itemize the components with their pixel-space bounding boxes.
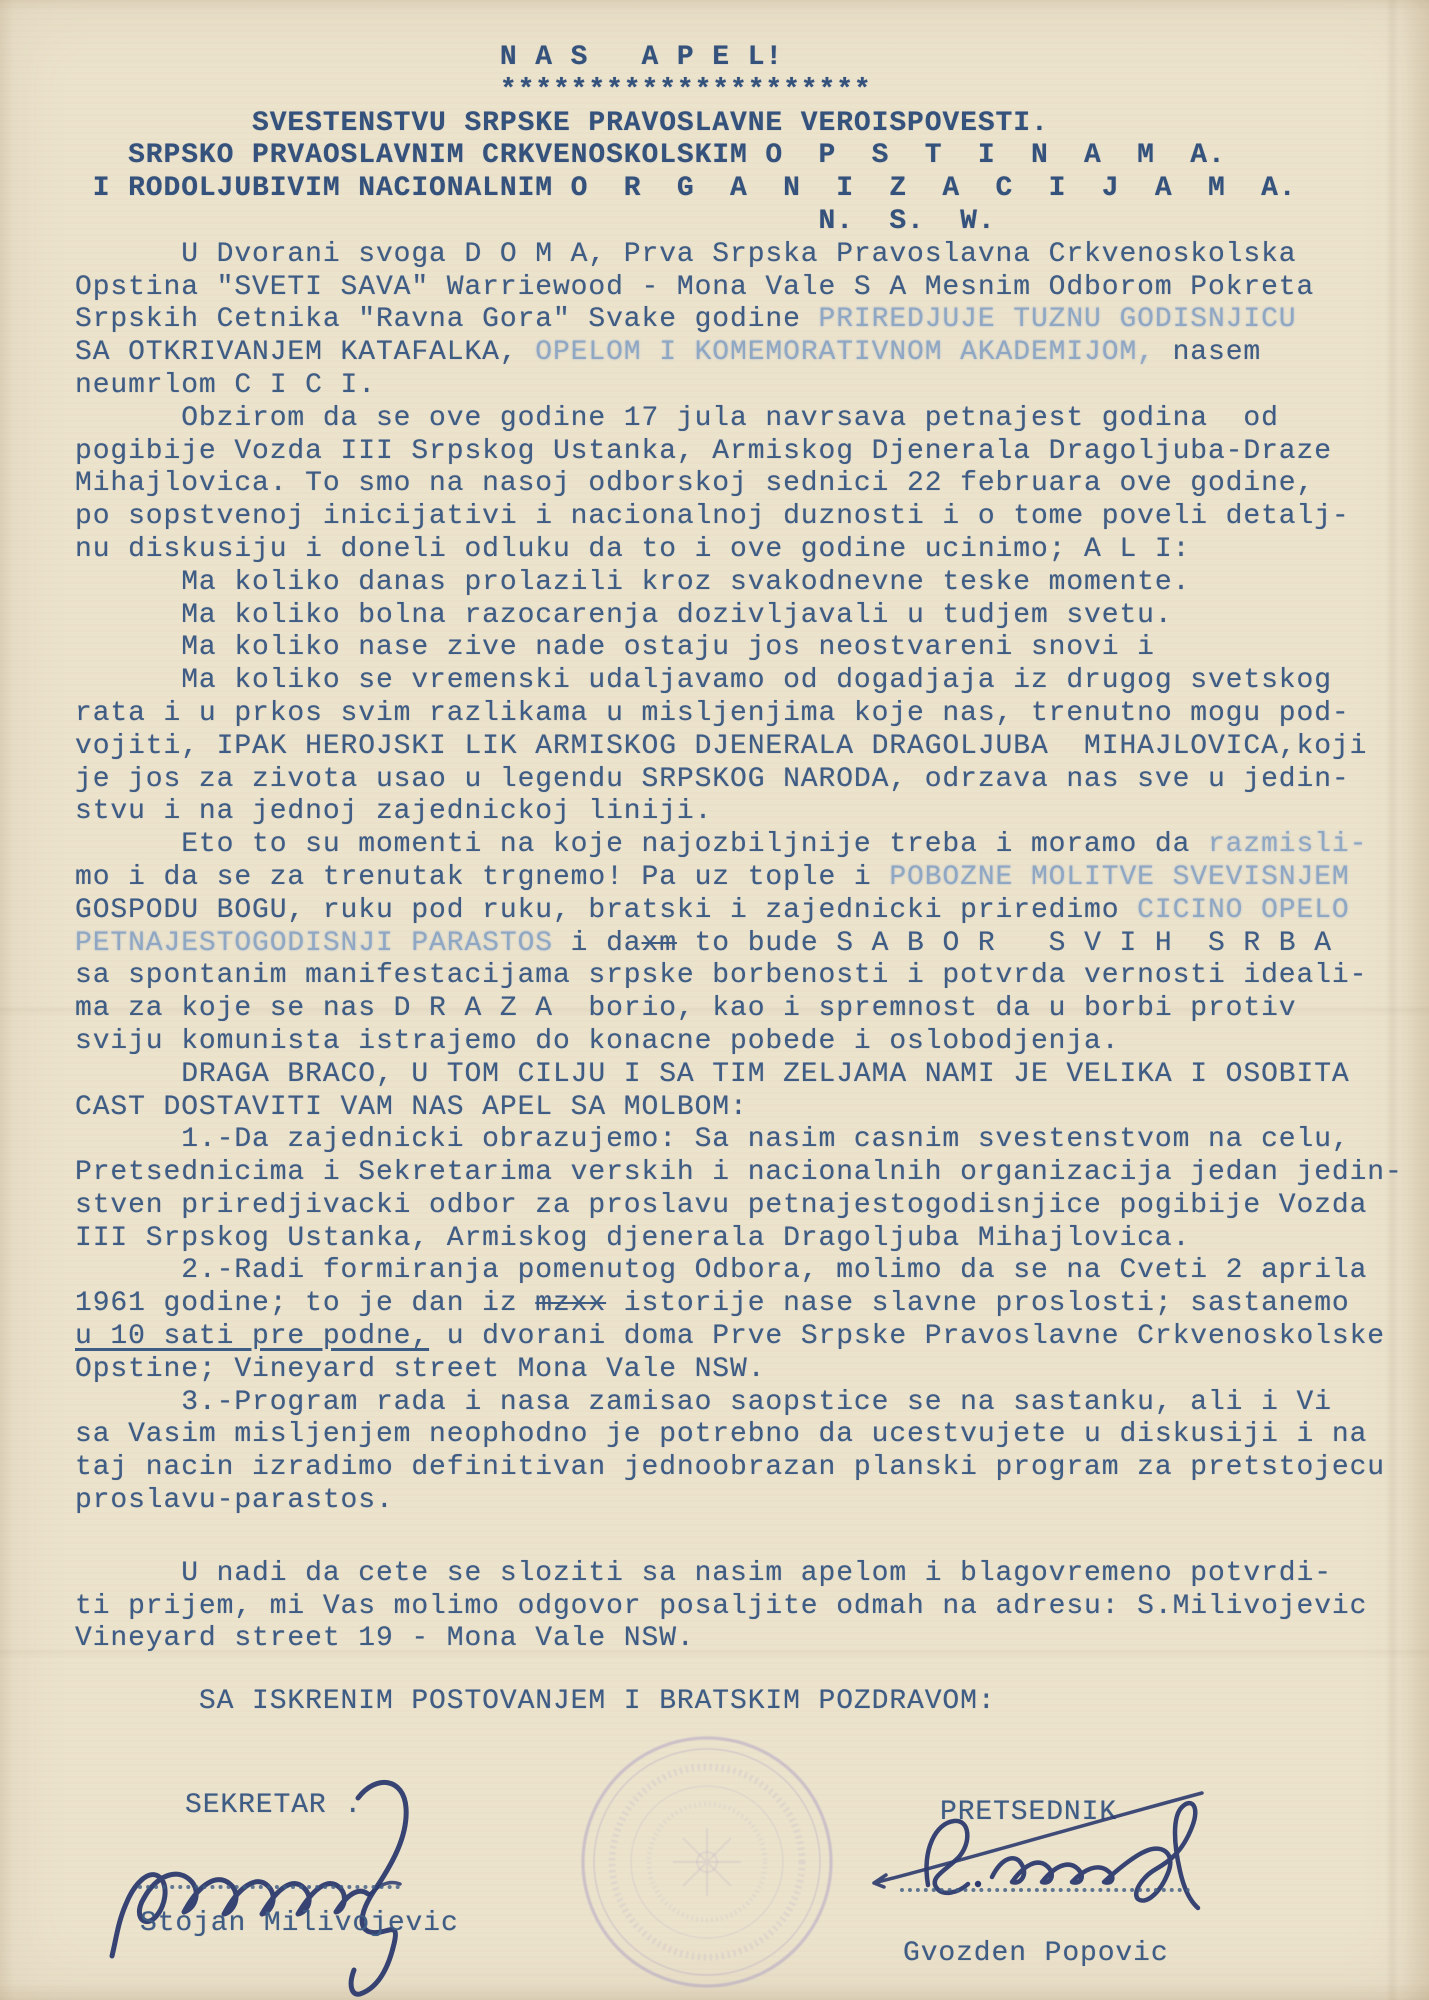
typed-line: Opstina "SVETI SAVA" Warriewood - Mona V…: [75, 272, 1429, 305]
typed-segment: PRIREDJUJE TUZNU GODISNJICU: [819, 304, 1297, 335]
typed-line: Ma koliko danas prolazili kroz svakodnev…: [75, 567, 1429, 600]
typed-line: Obzirom da se ove godine 17 jula navrsav…: [75, 403, 1429, 436]
typed-segment: mzxx: [535, 1288, 606, 1319]
typed-line: ti prijem, mi Vas molimo odgovor posalji…: [75, 1591, 1429, 1624]
president-name: Gvozden Popovic: [903, 1938, 1169, 1970]
typed-segment: xm: [642, 928, 677, 959]
typed-segment: CICINO OPELO: [1137, 895, 1349, 926]
typed-line: je jos za zivota usao u legendu SRPSKOG …: [75, 764, 1429, 797]
typed-line: 2.-Radi formiranja pomenutog Odbora, mol…: [75, 1255, 1429, 1288]
typed-line: I RODOLJUBIVIM NACIONALNIM O R G A N I Z…: [75, 173, 1429, 206]
official-seal-stamp: [577, 1732, 837, 1992]
typed-segment: Eto to su momenti na koje najozbiljnije …: [75, 829, 1208, 860]
typed-line: Ma koliko nase zive nade ostaju jos neos…: [75, 632, 1429, 665]
typed-line: III Srpskog Ustanka, Armiskog djenerala …: [75, 1223, 1429, 1256]
typed-line: Vineyard street 19 - Mona Vale NSW.: [75, 1623, 1429, 1656]
typed-segment: razmisli-: [1208, 829, 1367, 860]
president-dotted-line: [900, 1888, 1190, 1892]
typed-line: N. S. W.: [75, 206, 1429, 239]
typed-line: U Dvorani svoga D O M A, Prva Srpska Pra…: [75, 239, 1429, 272]
typed-line: stven priredjivacki odbor za proslavu pe…: [75, 1190, 1429, 1223]
typed-line: Srpskih Cetnika "Ravna Gora" Svake godin…: [75, 304, 1429, 337]
typed-line: CAST DOSTAVITI VAM NAS APEL SA MOLBOM:: [75, 1092, 1429, 1125]
typed-line: 1.-Da zajednicki obrazujemo: Sa nasim ca…: [75, 1124, 1429, 1157]
typed-segment: PETNAJESTOGODISNJI PARASTOS: [75, 928, 553, 959]
typed-line: SA ISKRENIM POSTOVANJEM I BRATSKIM POZDR…: [75, 1686, 1429, 1719]
typed-line: PETNAJESTOGODISNJI PARASTOS i daxm to bu…: [75, 928, 1429, 961]
typed-line: *********************: [75, 75, 1429, 108]
typed-line: Ma koliko se vremenski udaljavamo od dog…: [75, 665, 1429, 698]
typed-line: sviju komunista istrajemo do konacne pob…: [75, 1026, 1429, 1059]
typed-line: nu diskusiju i doneli odluku da to i ove…: [75, 534, 1429, 567]
typed-segment: OPELOM I KOMEMORATIVNOM AKADEMIJOM,: [535, 337, 1155, 368]
typed-line: DRAGA BRACO, U TOM CILJU I SA TIM ZELJAM…: [75, 1059, 1429, 1092]
president-signature: [870, 1765, 1220, 1915]
typed-line: rata i u prkos svim razlikama u misljenj…: [75, 698, 1429, 731]
typed-line: GOSPODU BOGU, ruku pod ruku, bratski i z…: [75, 895, 1429, 928]
typed-line: Ma koliko bolna razocarenja dozivljavali…: [75, 600, 1429, 633]
typed-line: sa spontanim manifestacijama srpske borb…: [75, 960, 1429, 993]
typed-line: 1961 godine; to je dan iz mzxx istorije …: [75, 1288, 1429, 1321]
typed-segment: to bude S A B O R S V I H S R B A: [677, 928, 1332, 959]
typed-line: vojiti, IPAK HEROJSKI LIK ARMISKOG DJENE…: [75, 731, 1429, 764]
typed-segment: SA OTKRIVANJEM KATAFALKA,: [75, 337, 535, 368]
typed-line: Pretsednicima i Sekretarima verskih i na…: [75, 1157, 1429, 1190]
secretary-dotted-line: [138, 1885, 400, 1889]
typed-segment: 1961 godine; to je dan iz: [75, 1288, 535, 1319]
typed-line: sa Vasim misljenjem neophodno je potrebn…: [75, 1419, 1429, 1452]
typed-segment: nasem: [1155, 337, 1261, 368]
secretary-name: Stojan Milivojevic: [140, 1908, 459, 1940]
typed-line: taj nacin izradimo definitivan jednoobra…: [75, 1452, 1429, 1485]
typed-line: pogibije Vozda III Srpskog Ustanka, Armi…: [75, 436, 1429, 469]
typed-line: ma za koje se nas D R A Z A borio, kao i…: [75, 993, 1429, 1026]
typed-line: U nadi da cete se sloziti sa nasim apelo…: [75, 1558, 1429, 1591]
typed-line: SVESTENSTVU SRPSKE PRAVOSLAVNE VEROISPOV…: [75, 108, 1429, 141]
typed-line: stvu i na jednoj zajednickoj liniji.: [75, 796, 1429, 829]
typed-line: SA OTKRIVANJEM KATAFALKA, OPELOM I KOMEM…: [75, 337, 1429, 370]
typed-line: neumrlom C I C I.: [75, 370, 1429, 403]
typed-segment: mo i da se za trenutak trgnemo! Pa uz to…: [75, 862, 889, 893]
typed-line: Opstine; Vineyard street Mona Vale NSW.: [75, 1354, 1429, 1387]
typed-line: proslavu-parastos.: [75, 1485, 1429, 1518]
typed-segment: POBOZNE MOLITVE SVEVISNJEM: [889, 862, 1349, 893]
typed-segment: GOSPODU BOGU, ruku pod ruku, bratski i z…: [75, 895, 1137, 926]
typed-segment: u dvorani doma Prve Srpske Pravoslavne C…: [429, 1321, 1385, 1352]
typed-segment: istorije nase slavne proslosti; sastanem…: [606, 1288, 1350, 1319]
line-gap: [75, 1656, 1429, 1686]
line-gap: [75, 1518, 1429, 1558]
typed-line: mo i da se za trenutak trgnemo! Pa uz to…: [75, 862, 1429, 895]
typed-line: N A S A P E L!: [75, 42, 1429, 75]
typed-line: po sopstvenoj inicijativi i nacionalnoj …: [75, 501, 1429, 534]
typed-line: SRPSKO PRVAOSLAVNIM CRKVENOSKOLSKIM O P …: [75, 140, 1429, 173]
typed-line: Mihajlovica. To smo na nasoj odborskoj s…: [75, 468, 1429, 501]
letter-body: N A S A P E L! ********************* SVE…: [0, 0, 1429, 1719]
typed-segment: Srpskih Cetnika "Ravna Gora" Svake godin…: [75, 304, 819, 335]
typed-segment: i da: [553, 928, 642, 959]
typed-line: Eto to su momenti na koje najozbiljnije …: [75, 829, 1429, 862]
typed-segment: u 10 sati pre podne,: [75, 1321, 429, 1352]
typed-line: 3.-Program rada i nasa zamisao saopstice…: [75, 1387, 1429, 1420]
letter-page: N A S A P E L! ********************* SVE…: [0, 0, 1429, 2000]
typed-line: u 10 sati pre podne, u dvorani doma Prve…: [75, 1321, 1429, 1354]
